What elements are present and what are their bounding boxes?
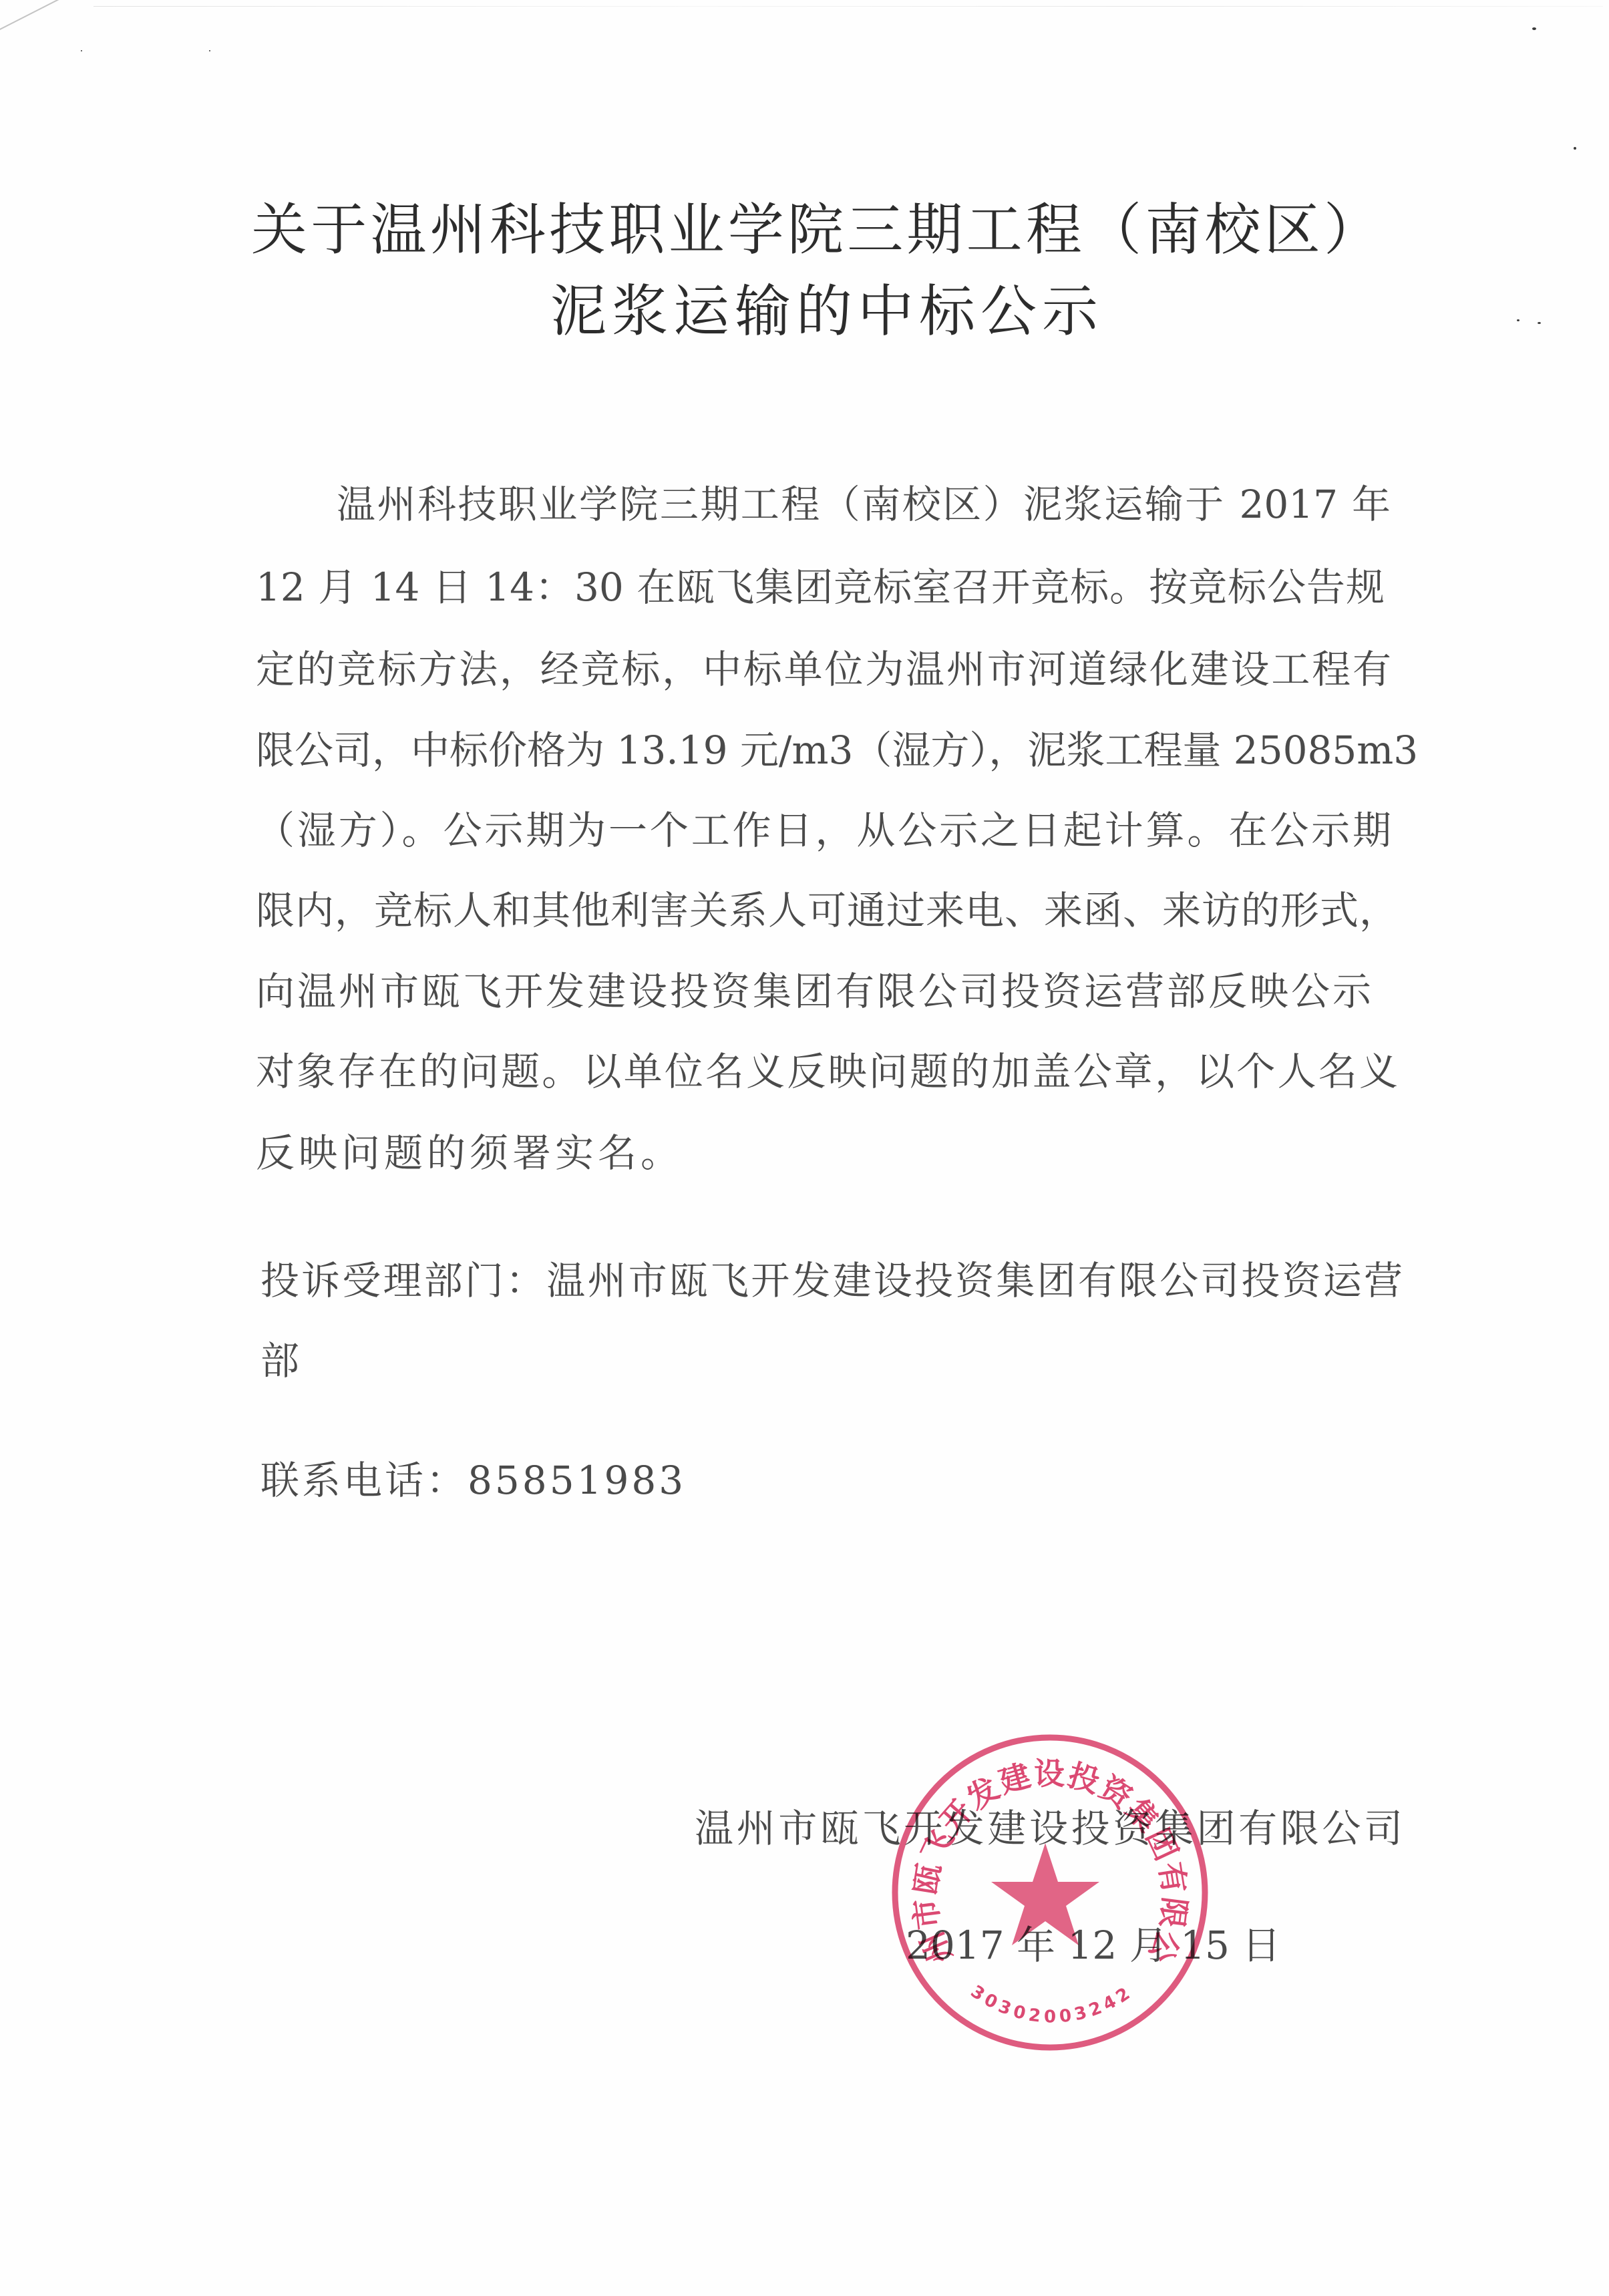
scan-speck bbox=[1538, 322, 1541, 324]
contact-phone: 联系电话：85851983 bbox=[260, 1456, 728, 1504]
scan-speck bbox=[209, 50, 210, 51]
scan-top-edge bbox=[94, 6, 1603, 7]
body-line: 向温州市瓯飞开发建设投资集团有限公司投资运营部反映公示 bbox=[256, 967, 1371, 1015]
signature-organization: 温州市瓯飞开发建设投资集团有限公司 bbox=[695, 1804, 1403, 1852]
scan-speck bbox=[1532, 27, 1536, 30]
body-line: 反映问题的须署实名。 bbox=[256, 1129, 670, 1177]
complaint-department-line-continued: 部 bbox=[260, 1337, 314, 1385]
body-line: 12 月 14 日 14：30 在瓯飞集团竞标室召开竞标。按竞标公告规 bbox=[256, 563, 1385, 611]
official-seal-stamp: 温州市瓯飞开发建设投资集团有限公司 3303020032424 bbox=[888, 1731, 1212, 2054]
scan-speck bbox=[1517, 319, 1519, 321]
body-line: 限公司，中标价格为 13.19 元/m3（湿方），泥浆工程量 25085m3 bbox=[256, 726, 1391, 774]
document-page: 关于温州科技职业学院三期工程（南校区） 泥浆运输的中标公示 温州科技职业学院三期… bbox=[0, 0, 1609, 2296]
body-line: 定的竞标方法，经竞标，中标单位为温州市河道绿化建设工程有 bbox=[256, 645, 1391, 693]
document-title-line-1: 关于温州科技职业学院三期工程（南校区） bbox=[251, 196, 1380, 263]
seal-code-text: 3303020032424 bbox=[888, 1731, 1137, 2027]
scan-speck bbox=[1574, 147, 1576, 150]
body-line: （湿方）。公示期为一个工作日，从公示之日起计算。在公示期 bbox=[256, 806, 1391, 854]
scan-speck bbox=[81, 50, 82, 51]
document-title-line-2: 泥浆运输的中标公示 bbox=[550, 278, 1098, 345]
body-line: 限内，竞标人和其他利害关系人可通过来电、来函、来访的形式， bbox=[256, 886, 1398, 935]
signature-date: 2017 年 12 月 15 日 bbox=[906, 1921, 1234, 1969]
complaint-department-line: 投诉受理部门：温州市瓯飞开发建设投资集团有限公司投资运营 bbox=[260, 1257, 1403, 1305]
body-line: 温州科技职业学院三期工程（南校区）泥浆运输于 2017 年 bbox=[337, 480, 1391, 528]
body-line: 对象存在的问题。以单位名义反映问题的加盖公章，以个人名义 bbox=[256, 1047, 1398, 1096]
scan-fold-mark bbox=[0, 0, 83, 33]
